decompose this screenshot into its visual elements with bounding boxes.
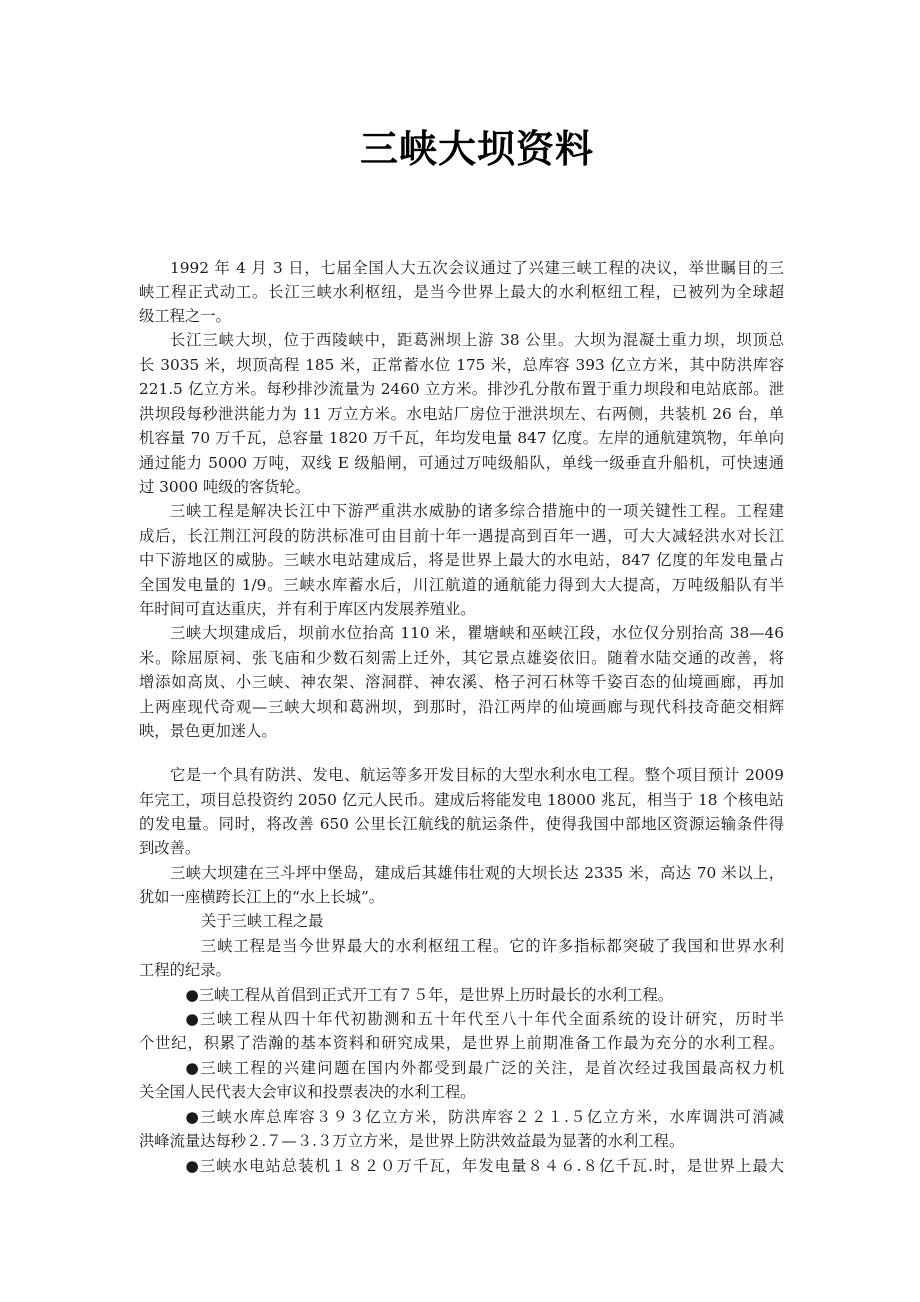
text-line: 机容量 70 万千瓦，总容量 1820 万千瓦，年均发电量 847 亿度。左岸的… bbox=[139, 428, 784, 448]
text-line: 长 3035 米，坝顶高程 185 米，正常蓄水位 175 米，总库容 393 … bbox=[139, 355, 784, 375]
text-line: 1992 年 4 月 3 日，七届全国人大五次会议通过了兴建三峡工程的决议，举世… bbox=[170, 258, 784, 278]
bullet-line: ●三峡工程从首倡到正式开工有７５年，是世界上历时最长的水利工程。 bbox=[186, 985, 785, 1005]
text-line: 关全国人民代表大会审议和投票表决的水利工程。 bbox=[139, 1082, 784, 1102]
document-page: 三峡大坝资料 1992 年 4 月 3 日，七届全国人大五次会议通过了兴建三峡工… bbox=[0, 0, 920, 1302]
text-line: 三峡工程是当今世界最大的水利枢纽工程。它的许多指标都突破了我国和世界水利 bbox=[201, 936, 784, 956]
text-line: 长江三峡大坝，位于西陵峡中，距葛洲坝上游 38 公里。大坝为混凝土重力坝，坝顶总 bbox=[170, 330, 784, 350]
text-line: 年时间可直达重庆，并有利于库区内发展养殖业。 bbox=[139, 599, 784, 619]
text-line: 映，景色更加迷人。 bbox=[139, 721, 784, 741]
bullet-line: ●三峡工程从四十年代初勘测和五十年代至八十年代全面系统的设计研究，历时半 bbox=[186, 1009, 785, 1029]
bullet-line: ●三峡水电站总装机１８２０万千瓦，年发电量８４６.８亿千瓦.时，是世界上最大 bbox=[186, 1156, 785, 1176]
text-line: 成后，长江荆江河段的防洪标准可由目前十年一遇提高到百年一遇，可大大减轻洪水对长江 bbox=[139, 526, 784, 546]
text-line: 犹如一座横跨长江上的“水上长城”。 bbox=[139, 887, 784, 907]
text-line: 洪峰流量达每秒２.７—３.３万立方米，是世界上防洪效益最为显著的水利工程。 bbox=[139, 1131, 784, 1151]
text-line: 增添如高岚、小三峡、神农架、溶洞群、神农溪、格子河石林等千姿百态的仙境画廊，再加 bbox=[139, 672, 784, 692]
text-line: 过 3000 吨级的客货轮。 bbox=[139, 477, 784, 497]
text-line: 它是一个具有防洪、发电、航运等多开发目标的大型水利水电工程。整个项目预计 200… bbox=[170, 765, 784, 785]
text-line: 221.5 亿立方米。每秒排沙流量为 2460 立方米。排沙孔分散布置于重力坝段… bbox=[139, 379, 784, 399]
bullet-line: ●三峡工程的兴建问题在国内外都受到最广泛的关注，是首次经过我国最高权力机 bbox=[186, 1058, 785, 1078]
text-line: 个世纪，积累了浩瀚的基本资料和研究成果，是世界上前期准备工作最为充分的水利工程。 bbox=[139, 1033, 784, 1053]
text-line: 年完工，项目总投资约 2050 亿元人民币。建成后将能发电 18000 兆瓦，相… bbox=[139, 790, 784, 810]
text-line: 三峡大坝建在三斗坪中堡岛，建成后其雄伟壮观的大坝长达 2335 米，高达 70 … bbox=[170, 863, 784, 883]
document-title: 三峡大坝资料 bbox=[0, 124, 920, 174]
text-line: 峡工程正式动工。长江三峡水利枢纽，是当今世界上最大的水利枢纽工程，已被列为全球超 bbox=[139, 282, 784, 302]
text-line: 全国发电量的 1/9。三峡水库蓄水后，川江航道的通航能力得到大大提高，万吨级船队… bbox=[139, 575, 784, 595]
text-line: 级工程之一。 bbox=[139, 306, 784, 326]
text-line: 关于三峡工程之最 bbox=[201, 911, 784, 931]
bullet-line: ●三峡水库总库容３９３亿立方米，防洪库容２２１.５亿立方米，水库调洪可消减 bbox=[186, 1107, 785, 1127]
text-line: 到改善。 bbox=[139, 838, 784, 858]
text-line: 工程的纪录。 bbox=[139, 960, 784, 980]
text-line: 的发电量。同时，将改善 650 公里长江航线的航运条件，使得我国中部地区资源运输… bbox=[139, 814, 784, 834]
text-line: 上两座现代奇观—三峡大坝和葛洲坝，到那时，沿江两岸的仙境画廊与现代科技奇葩交相辉 bbox=[139, 697, 784, 717]
text-line: 三峡大坝建成后，坝前水位抬高 110 米，瞿塘峡和巫峡江段，水位仅分别抬高 38… bbox=[170, 623, 784, 643]
text-line: 通过能力 5000 万吨，双线 E 级船闸，可通过万吨级船队，单线一级垂直升船机… bbox=[139, 453, 784, 473]
text-line: 中下游地区的威胁。三峡水电站建成后，将是世界上最大的水电站，847 亿度的年发电… bbox=[139, 550, 784, 570]
text-line: 洪坝段每秒泄洪能力为 11 万立方米。水电站厂房位于泄洪坝左、右两侧，共装机 2… bbox=[139, 404, 784, 424]
text-line: 三峡工程是解决长江中下游严重洪水威胁的诸多综合措施中的一项关键性工程。工程建 bbox=[170, 501, 784, 521]
text-line: 米。除屈原祠、张飞庙和少数石刻需上迁外，其它景点雄姿依旧。随着水陆交通的改善，将 bbox=[139, 648, 784, 668]
